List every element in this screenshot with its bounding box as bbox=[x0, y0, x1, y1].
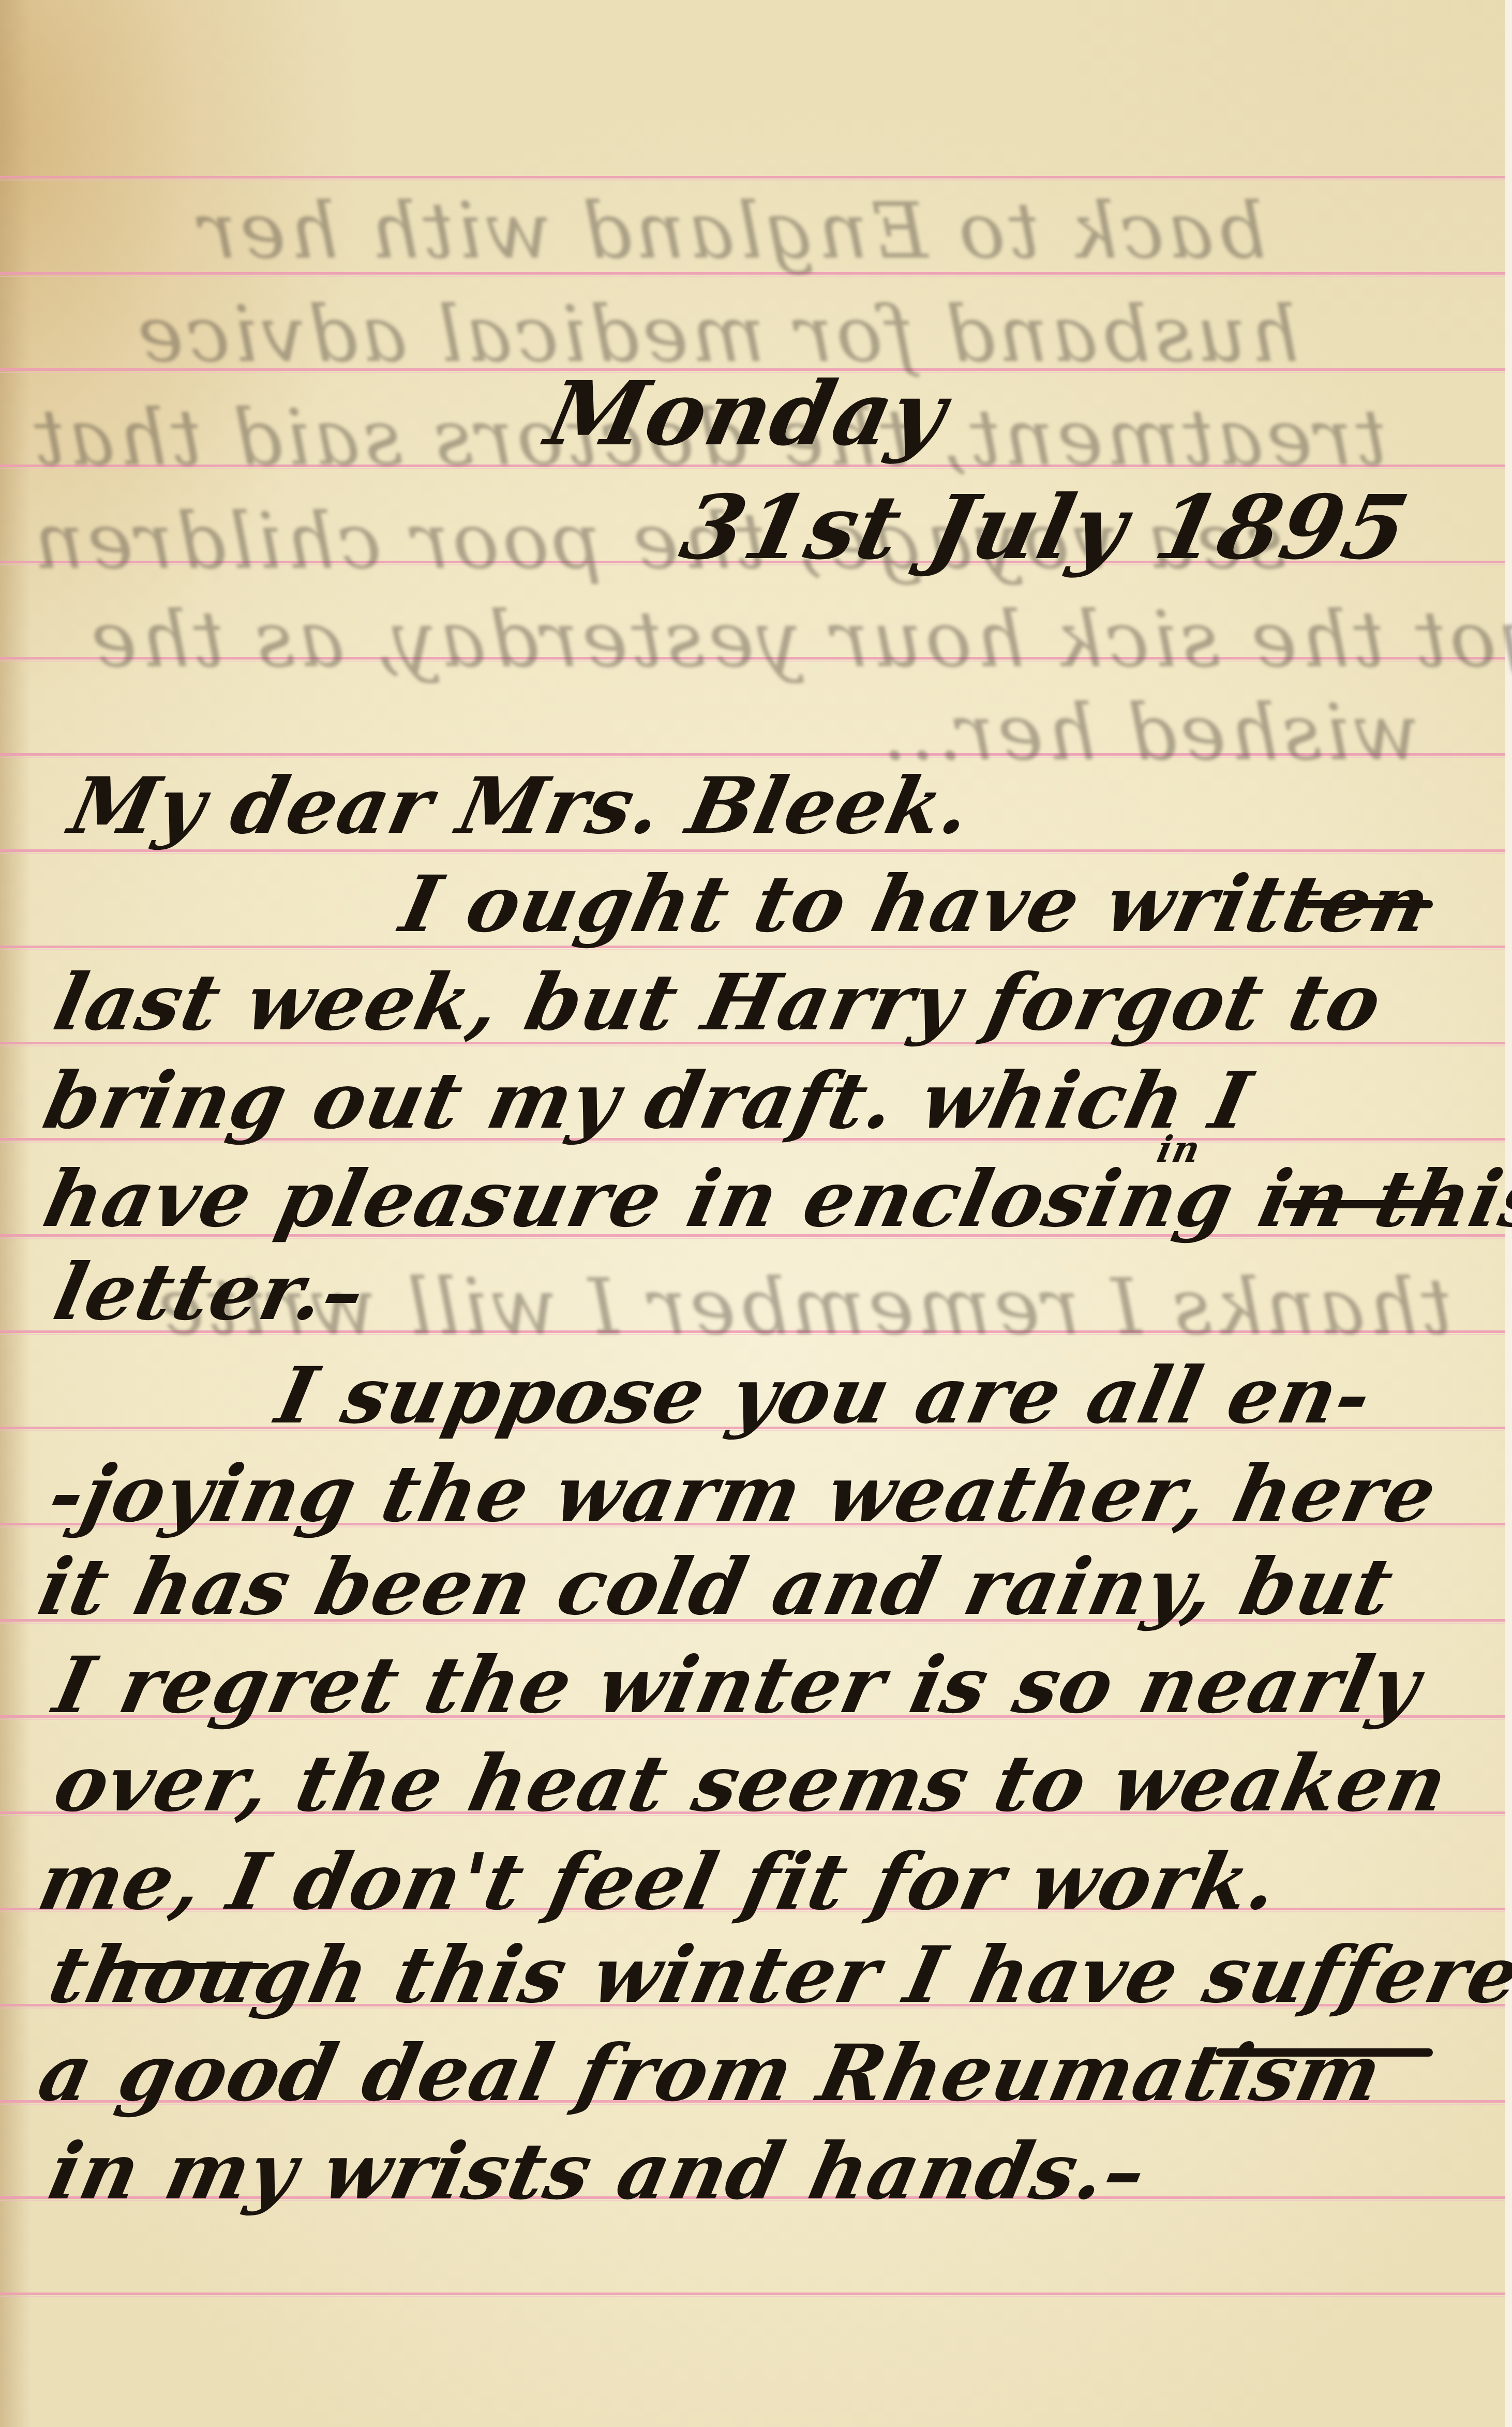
body-line: me, I don't feel fit for work. bbox=[31, 1836, 1287, 1927]
t-bar-flourish bbox=[1216, 2048, 1433, 2057]
body-line: last week, but Harry forgot to bbox=[47, 957, 1390, 1048]
body-line: a good deal from Rheumatism bbox=[31, 2028, 1390, 2119]
ruled-line bbox=[0, 176, 1505, 178]
show-through-line: back to England with her bbox=[197, 186, 1266, 276]
body-line: in my wrists and hands.– bbox=[41, 2126, 1155, 2217]
body-line: -joying the warm weather, here bbox=[41, 1448, 1445, 1539]
body-line: bring out my draft. which I bbox=[36, 1055, 1259, 1146]
body-line: I ought to have written bbox=[393, 859, 1439, 950]
body-line: though this winter I have suffered bbox=[41, 1929, 1512, 2020]
body-line: it has been cold and rainy, but bbox=[31, 1541, 1401, 1632]
body-line: I regret the winter is so nearly bbox=[47, 1640, 1428, 1731]
body-line: letter.– bbox=[47, 1247, 373, 1338]
salutation: My dear Mrs. Bleek. bbox=[62, 760, 980, 851]
letter-day: Monday bbox=[538, 362, 955, 466]
t-bar-flourish bbox=[1283, 1200, 1454, 1208]
letter-page: back to England with her husband for med… bbox=[0, 0, 1512, 2427]
strike-through-mark bbox=[103, 1963, 269, 1969]
show-through-line: got the sick hour yesterday, as the bbox=[88, 595, 1512, 685]
body-line: over, the heat seems to weaken bbox=[47, 1738, 1456, 1829]
t-bar-flourish bbox=[1304, 900, 1433, 908]
body-line: I suppose you are all en- bbox=[269, 1350, 1380, 1441]
letter-date: 31st July 1895 bbox=[672, 476, 1417, 579]
ruled-line bbox=[0, 2293, 1505, 2295]
paper-stain-left-edge bbox=[0, 0, 31, 2427]
body-line: have pleasure in enclosing in this bbox=[36, 1153, 1512, 1245]
